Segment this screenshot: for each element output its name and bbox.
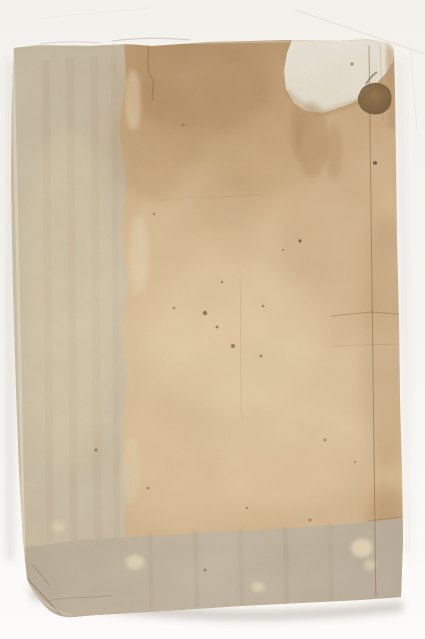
paper-grain-texture bbox=[0, 0, 425, 639]
photo-of-antique-book bbox=[0, 0, 425, 639]
book-photo-canvas bbox=[0, 0, 425, 639]
